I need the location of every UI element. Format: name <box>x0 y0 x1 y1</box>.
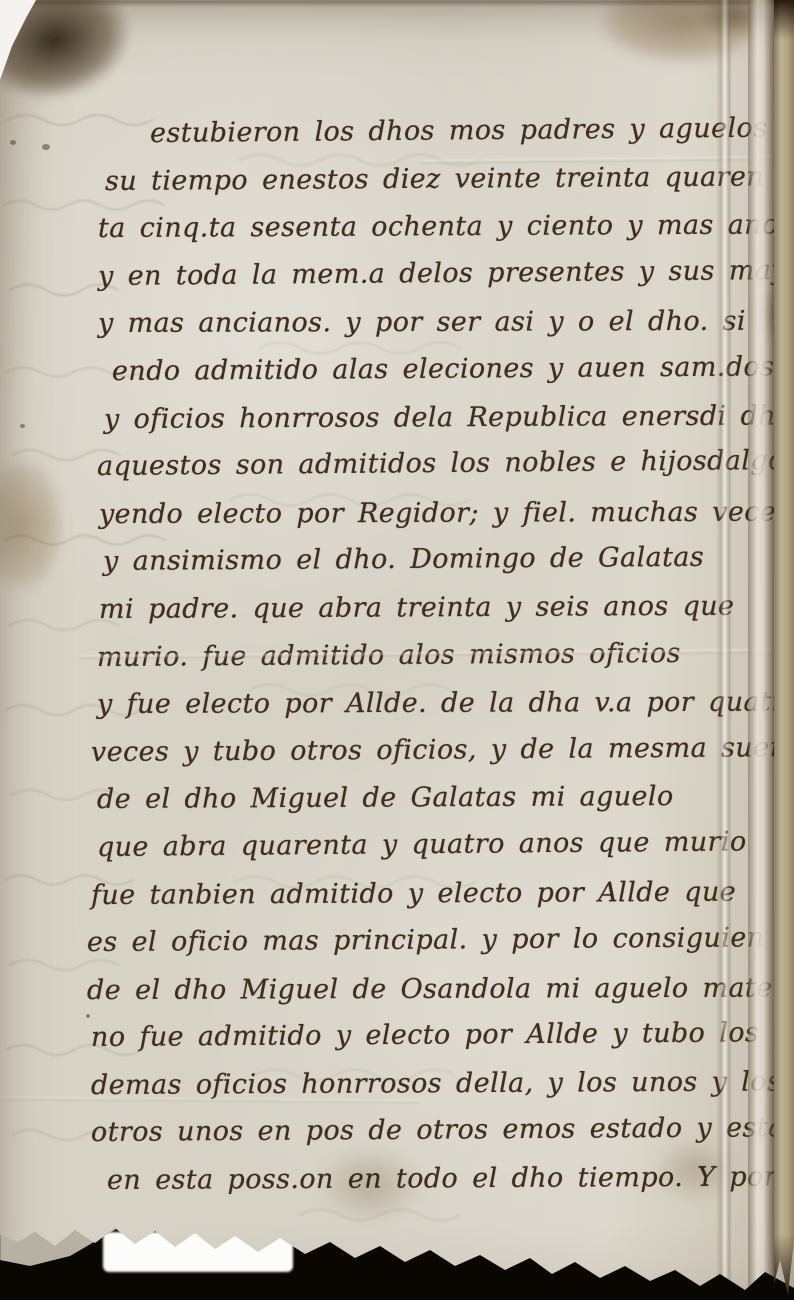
manuscript-line: endo admitido alas eleciones y auen sam.… <box>112 343 794 395</box>
manuscript-line: es el oficio mas principal. y por lo con… <box>87 914 794 967</box>
manuscript-line: veces y tubo otros oficios, y de la mesm… <box>91 724 794 777</box>
manuscript-line: ta cinq.ta sesenta ochenta y ciento y ma… <box>98 202 794 253</box>
manuscript-line: murio. fue admitido alos mismos oficios <box>97 629 794 681</box>
manuscript-line: mi padre. que abra treinta y seis anos q… <box>99 582 794 633</box>
manuscript-text: estubieron los dhos mos padres y aguelos… <box>0 110 794 1205</box>
manuscript-line: otros unos en pos de otros emos estado y… <box>91 1105 794 1158</box>
manuscript-line: fue tanbien admitido y electo por Allde … <box>91 868 794 919</box>
manuscript-line: en esta poss.on en todo el dho tiempo. Y… <box>107 1153 794 1204</box>
ink-speck <box>42 144 50 150</box>
manuscript-line: yendo electo por Regidor; y fiel. muchas… <box>99 488 794 538</box>
manuscript-line: estubieron los dhos mos padres y aguelos… <box>150 104 794 157</box>
manuscript-line: de el dho Miguel de Galatas mi aguelo <box>97 773 794 824</box>
top-edge-shadow <box>30 0 794 7</box>
ink-speck <box>10 140 16 145</box>
manuscript-line: demas oficios honrrosos della, y los uno… <box>91 1058 794 1109</box>
manuscript-line: y oficios honrrosos dela Republica eners… <box>104 392 794 443</box>
under-pages-edge <box>774 0 794 1294</box>
manuscript-line: no fue admitido y electo por Allde y tub… <box>91 1009 794 1062</box>
manuscript-line: su tiempo enestos diez veinte treinta qu… <box>105 153 794 205</box>
stain-top-right <box>575 0 790 75</box>
manuscript-scan: estubieron los dhos mos padres y aguelos… <box>0 0 794 1300</box>
manuscript-line: que abra quarenta y quatro anos que muri… <box>97 818 794 872</box>
manuscript-line: y fue electo por Allde. de la dha v.a po… <box>97 679 794 729</box>
manuscript-line: y ansimismo el dho. Domingo de Galatas <box>103 534 794 586</box>
manuscript-line: de el dho Miguel de Osandola mi aguelo m… <box>87 964 794 1014</box>
manuscript-line: y mas ancianos. y por ser asi y o el dho… <box>98 298 794 348</box>
manuscript-line: y en toda la mem.a delos presentes y sus… <box>98 247 794 301</box>
ink-speck <box>20 424 25 428</box>
manuscript-page: estubieron los dhos mos padres y aguelos… <box>0 0 794 1300</box>
manuscript-line: aquestos son admitidos los nobles e hijo… <box>97 437 794 491</box>
ink-speck <box>86 1014 90 1018</box>
